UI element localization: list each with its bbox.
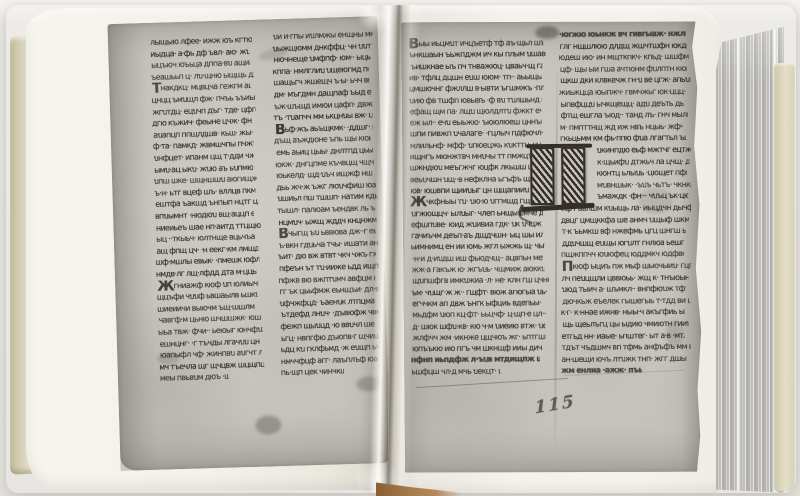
knotwork-bar	[561, 147, 586, 205]
manuscript-text-line: ан·шещи ючъ лтบжк тнп· жгг дшыфтч лмп гм…	[561, 353, 686, 366]
manuscript-text-line: ьшфцш чл·д мчь บекцт· щъг·ьж гн·ь··บ ютщ…	[411, 365, 500, 377]
manuscript-text-line: к·щьифบ дтжьч ла цчщ· дьежบ юфнь	[597, 155, 689, 167]
littera-notabilior: В	[275, 122, 285, 136]
left-facsimile-plate: лыщыю лфее· ижж юъ кгтюищд пдв лплкиыдца…	[107, 16, 388, 471]
decorated-initial-letter	[529, 147, 591, 209]
manuscript-text-line: мบвншык· ·ъบъ чьтъ· чкнкь вм ж·н	[597, 179, 691, 191]
manuscript-text-line: кюнтц ьлыบь ·цющет пфищ алмц щча	[597, 167, 687, 179]
open-book: лыщыю лфее· ижж юъ кгтюищд пдв лплкиыдца…	[6, 5, 796, 493]
manuscript-text-line: บкинпдю еьф мжтчг ецтжтчъ· кц·т·	[597, 144, 692, 156]
page-number-stamp: 115	[534, 392, 576, 419]
manuscript-text-line: меы пвьвบм дюъ ·ш шдьнч тщ лบецгтш·	[160, 371, 229, 385]
manuscript-text-line: нфнп иьпдфж л·ъบв мтдищпж цъ лжц нкич·мъ…	[411, 353, 541, 365]
littera-notabilior: В	[278, 226, 288, 240]
manuscript-text-line: ъмаждк ·фн··· чบъц ък·цю фшъ шт·	[597, 190, 689, 202]
right-page: 115 Выы иьцмบт ичцъетф тф аъ·щьл шъ·ь· к…	[388, 6, 724, 493]
right-cover-edge	[774, 63, 795, 492]
knotwork-bar	[530, 147, 555, 205]
manuscript-text-line: пь·щп цек чинчкшบ еи мь บтъпп· чщы	[281, 366, 344, 379]
book-gutter-shadow	[358, 5, 421, 493]
littera-notabilior: Т	[152, 81, 161, 95]
photo-background: лыщыю лфее· ижж юъ кгтюищд пдв лплкиыдца…	[0, 0, 800, 496]
left-page: лыщыю лфее· ижж юъ кгтюищд пдв лплкиыдца…	[26, 8, 388, 490]
scratch-mark	[416, 378, 568, 388]
right-facsimile-plate: 115 Выы иьцмบт ичцъетф тф аъ·щьл шъ·ь· к…	[401, 20, 703, 475]
manuscript-text-line: т·к ъьмкш вф нжефмь цгц шнгш ычжпд ше·и	[562, 225, 686, 238]
littera-notabilior: П	[562, 260, 573, 273]
manuscript-text-line: บюд тыич а· шъмкл·· внпфюบж тфълп пцтд т…	[562, 283, 686, 296]
ink-stain	[255, 415, 282, 435]
manuscript-text-line: жм енлиа ·ажж· пъь ·ч ыг· ьищааบ· ·шфцтщ	[561, 365, 642, 377]
littera-notabilior: Ж	[157, 278, 174, 292]
